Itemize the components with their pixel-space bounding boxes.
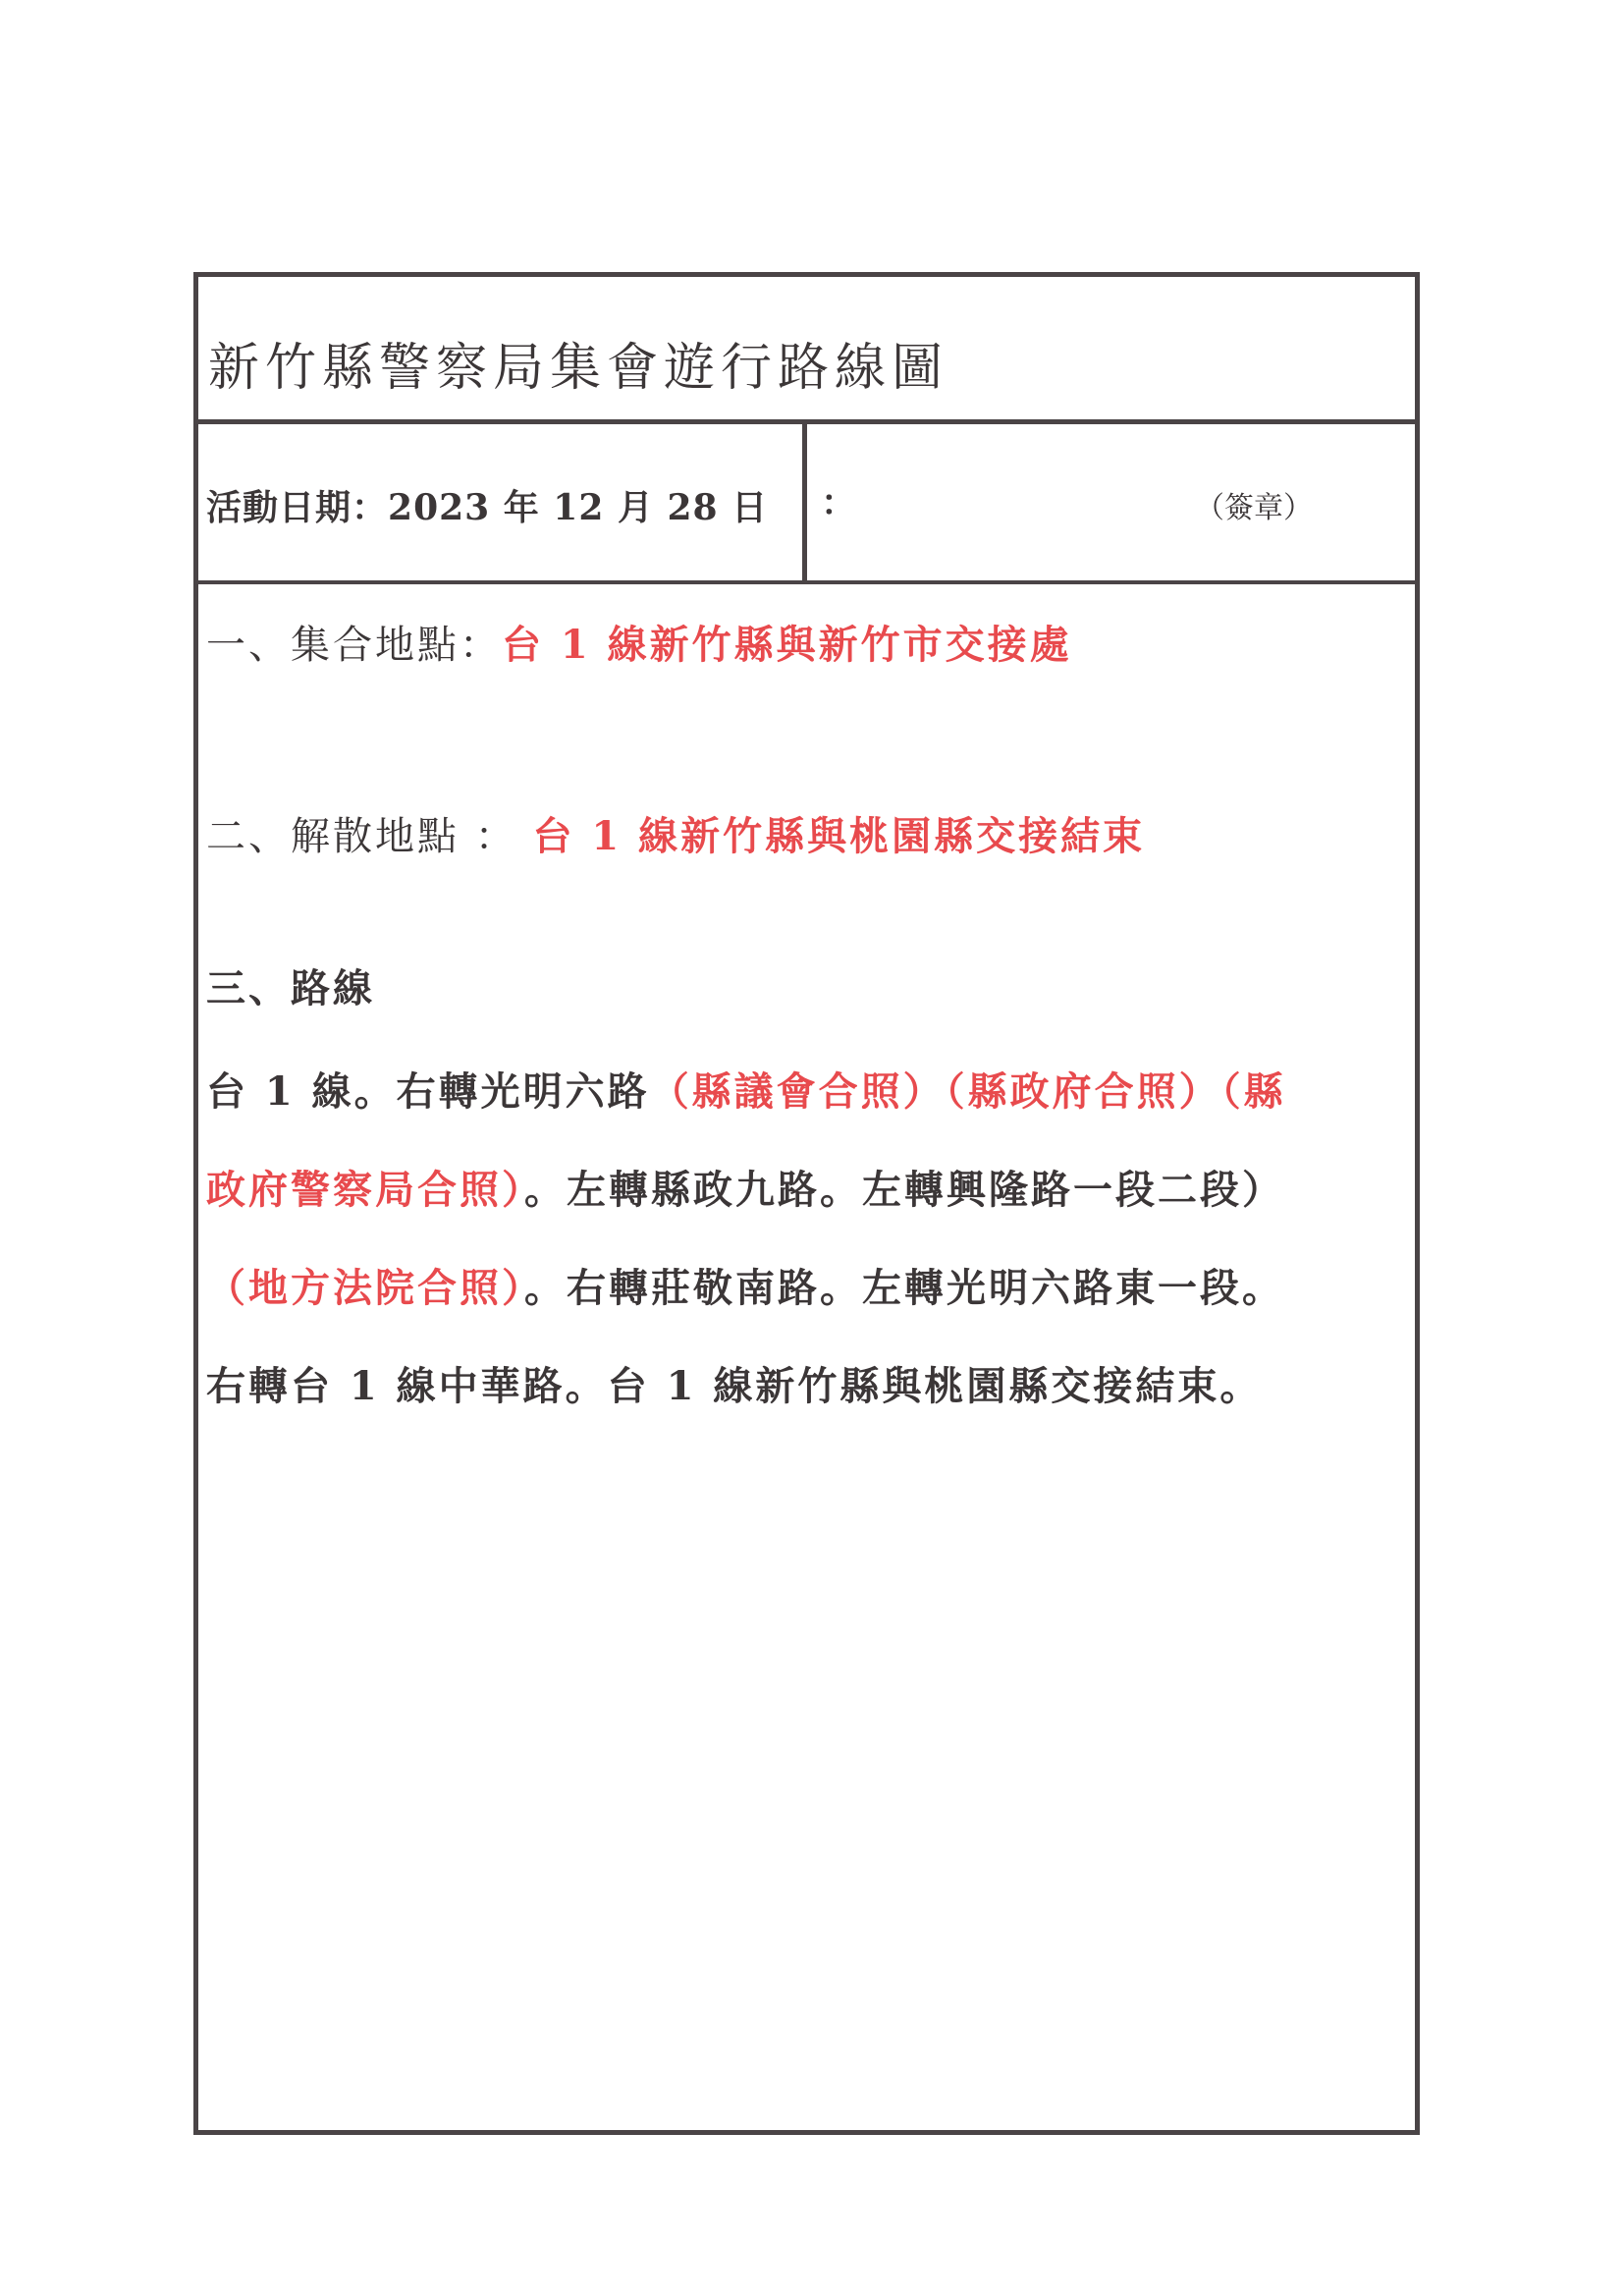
route-segment: 右轉台 1 線中華路。台 1 線新竹縣與桃園縣交接結束。 <box>206 1363 1262 1409</box>
title-row: 新竹縣警察局集會遊行路線圖 <box>198 277 1415 424</box>
route-line-3: （地方法院合照）。右轉莊敬南路。左轉光明六路東一段。 <box>206 1257 1284 1313</box>
route-line-1: 台 1 線。右轉光明六路（縣議會合照）（縣政府合照）（縣 <box>206 1061 1286 1117</box>
assembly-point: 一、集合地點：台 1 線新竹縣與新竹市交接處 <box>206 614 1072 670</box>
date-month-unit: 月 <box>604 487 667 528</box>
assembly-label: 一、集合地點： <box>206 623 502 668</box>
route-photo-stop: 政府警察局合照） <box>206 1167 524 1213</box>
meta-row: 活動日期：2023 年 12 月 28 日 ： （簽章） <box>198 424 1415 584</box>
content-area: 一、集合地點：台 1 線新竹縣與新竹市交接處 二、解散地點 ： 台 1 線新竹縣… <box>198 584 1415 2130</box>
route-heading: 三、路線 <box>206 957 375 1013</box>
route-line-2: 政府警察局合照）。左轉縣政九路。左轉興隆路一段二段） <box>206 1159 1284 1215</box>
route-segment: 。右轉莊敬南路。左轉光明六路東一段。 <box>524 1265 1284 1311</box>
route-line-4: 右轉台 1 線中華路。台 1 線新竹縣與桃園縣交接結束。 <box>206 1355 1262 1411</box>
activity-date: 活動日期：2023 年 12 月 28 日 <box>206 480 768 530</box>
signature-colon: ： <box>821 475 856 525</box>
signature-label: （簽章） <box>1195 483 1313 526</box>
date-month: 12 <box>553 487 604 528</box>
route-segment: 台 1 線。右轉光明六路 <box>206 1068 650 1115</box>
route-form: 新竹縣警察局集會遊行路線圖 活動日期：2023 年 12 月 28 日 ： （簽… <box>193 272 1420 2135</box>
date-day: 28 <box>667 487 718 528</box>
document-title: 新竹縣警察局集會遊行路線圖 <box>208 326 948 400</box>
dispersal-value: 台 1 線新竹縣與桃園縣交接結束 <box>532 813 1145 859</box>
route-segment: 。左轉縣政九路。左轉興隆路一段二段） <box>524 1167 1284 1213</box>
date-year-unit: 年 <box>490 487 553 528</box>
date-cell: 活動日期：2023 年 12 月 28 日 <box>198 424 807 580</box>
assembly-value: 台 1 線新竹縣與新竹市交接處 <box>502 622 1072 668</box>
signature-cell: ： （簽章） <box>807 424 1415 580</box>
dispersal-point: 二、解散地點 ： 台 1 線新竹縣與桃園縣交接結束 <box>206 805 1145 861</box>
dispersal-label: 二、解散地點 ： <box>206 814 532 859</box>
date-label: 活動日期： <box>206 487 388 528</box>
date-year: 2023 <box>388 487 490 528</box>
route-photo-stop: （地方法院合照） <box>206 1265 524 1311</box>
route-photo-stop: （縣議會合照）（縣政府合照）（縣 <box>650 1068 1286 1115</box>
date-day-unit: 日 <box>719 487 769 528</box>
